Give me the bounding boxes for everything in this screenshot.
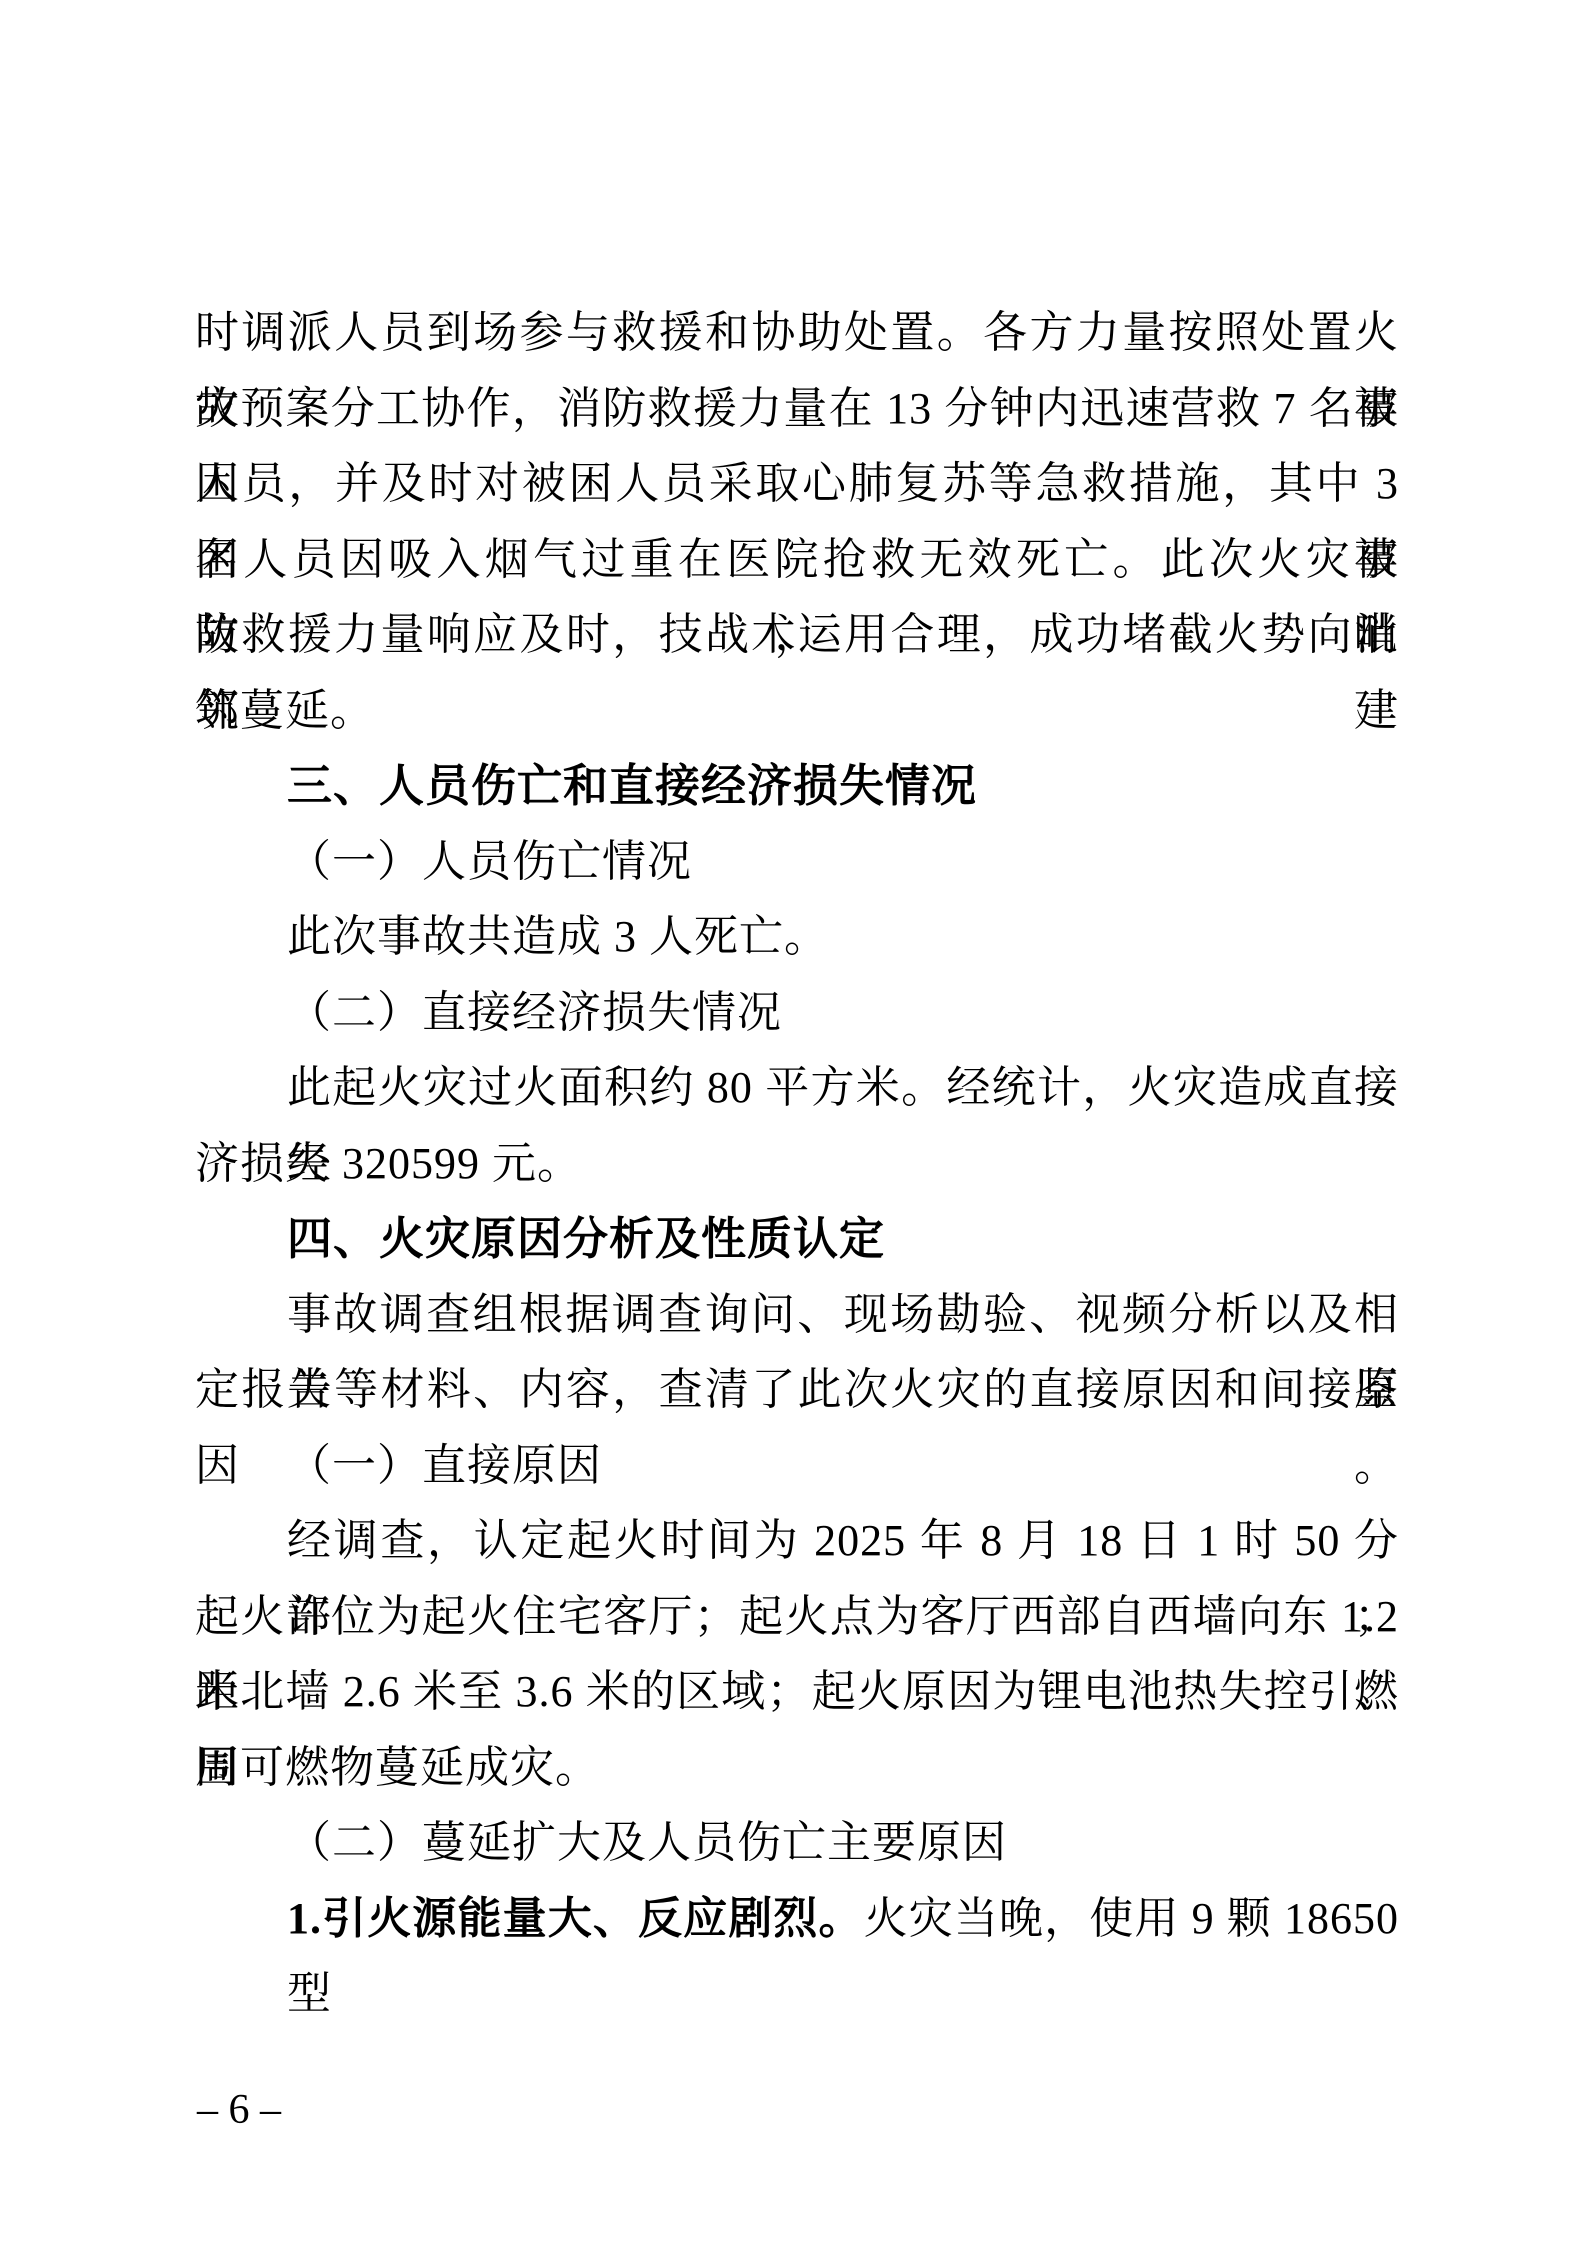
body-text-line: 1.引火源能量大、反应剧烈。火灾当晚，使用 9 颗 18650 型: [195, 1881, 1399, 1957]
body-text-line: 经调查，认定起火时间为 2025 年 8 月 18 日 1 时 50 分许；: [195, 1503, 1399, 1579]
body-text-line: 济损失 320599 元。: [195, 1126, 1399, 1202]
body-text-line: 人员，并及时对被困人员采取心肺复苏等急救措施，其中 3 名被: [195, 446, 1399, 522]
text-segment: （二）直接经济损失情况: [287, 988, 782, 1037]
body-text-line: 此次事故共造成 3 人死亡。: [195, 899, 1399, 975]
text-segment: 四、火灾原因分析及性质认定: [287, 1213, 885, 1264]
section-heading: 三、人员伤亡和直接经济损失情况: [195, 748, 1399, 824]
body-text-line: 起火部位为起火住宅客厅；起火点为客厅西部自西墙向东 1.2 米、: [195, 1579, 1399, 1655]
body-text-line: 定报告等材料、内容，查清了此次火灾的直接原因和间接原因。: [195, 1352, 1399, 1428]
subsection-heading: （一）人员伤亡情况: [195, 824, 1399, 900]
text-segment: （二）蔓延扩大及人员伤亡主要原因: [287, 1818, 1007, 1867]
body-text-line: 困人员因吸入烟气过重在医院抢救无效死亡。此次火灾事故，消: [195, 522, 1399, 598]
text-segment: （一）人员伤亡情况: [287, 837, 692, 886]
body-text-line: 距北墙 2.6 米至 3.6 米的区域；起火原因为锂电池热失控引燃周: [195, 1654, 1399, 1730]
document-lines: 时调派人员到场参与救援和协助处置。各方力量按照处置火灾事故预案分工协作，消防救援…: [195, 295, 1399, 1956]
text-segment: 济损失 320599 元。: [195, 1139, 582, 1188]
text-segment: （一）直接原因: [287, 1441, 602, 1490]
text-segment: 三、人员伤亡和直接经济损失情况: [287, 760, 977, 811]
page-number: – 6 –: [197, 2087, 281, 2133]
text-segment: 防救援力量响应及时，技战术运用合理，成功堵截火势向毗邻建: [195, 610, 1399, 735]
body-text-line: 此起火灾过火面积约 80 平方米。经统计，火灾造成直接经: [195, 1050, 1399, 1126]
body-text-line: 时调派人员到场参与救援和协助处置。各方力量按照处置火灾事: [195, 295, 1399, 371]
text-segment: 1.引火源能量大、反应剧烈。: [287, 1894, 864, 1943]
document-page: 时调派人员到场参与救援和协助处置。各方力量按照处置火灾事故预案分工协作，消防救援…: [0, 0, 1587, 2245]
body-text-line: 故预案分工协作，消防救援力量在 13 分钟内迅速营救 7 名被困: [195, 371, 1399, 447]
text-segment: 此次事故共造成 3 人死亡。: [287, 912, 829, 961]
body-text-line: 防救援力量响应及时，技战术运用合理，成功堵截火势向毗邻建: [195, 597, 1399, 673]
subsection-heading: （二）蔓延扩大及人员伤亡主要原因: [195, 1805, 1399, 1881]
section-heading: 四、火灾原因分析及性质认定: [195, 1201, 1399, 1277]
text-segment: 筑蔓延。: [195, 686, 375, 735]
text-segment: 围可燃物蔓延成灾。: [195, 1743, 600, 1792]
subsection-heading: （二）直接经济损失情况: [195, 975, 1399, 1051]
body-text-line: 围可燃物蔓延成灾。: [195, 1730, 1399, 1806]
body-text-line: 事故调查组根据调查询问、现场勘验、视频分析以及相关鉴: [195, 1277, 1399, 1353]
